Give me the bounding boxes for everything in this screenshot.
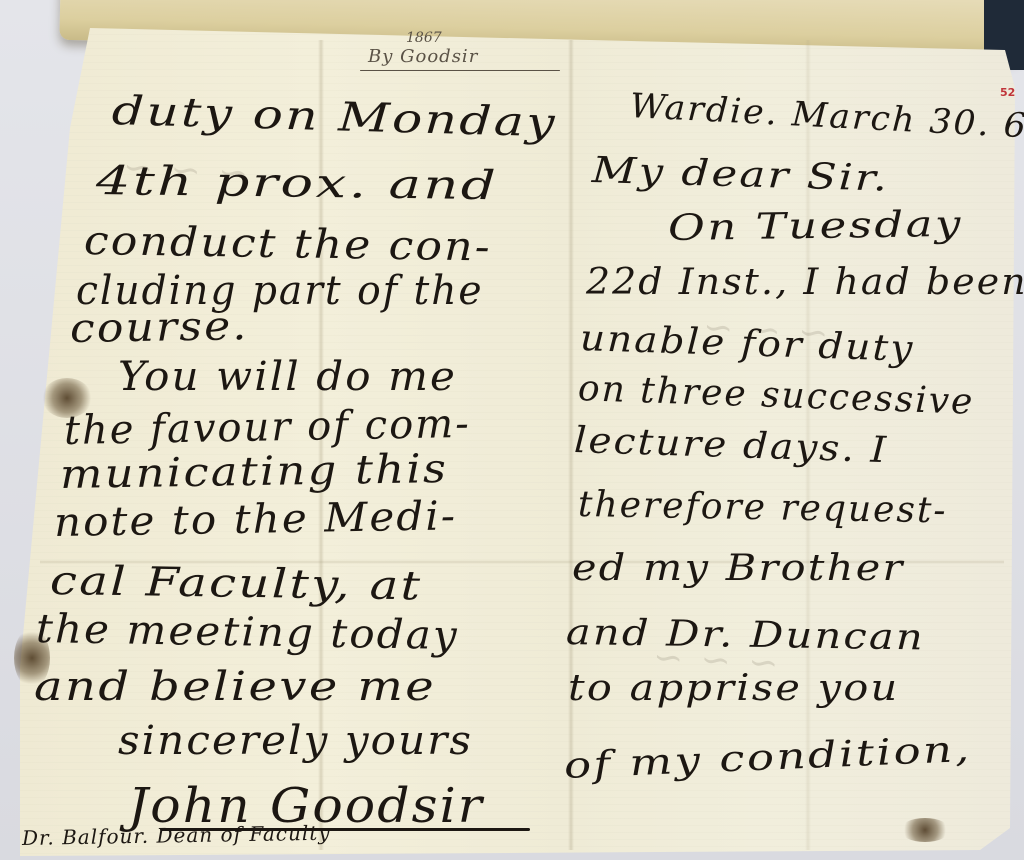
folio-number: 52 [1000,86,1015,99]
letter-line: ed my Brother [572,548,905,589]
letter-line: cal Faculty, at [50,558,423,609]
letter-line: the meeting today [36,606,460,659]
letter-line: note to the Medi- [54,493,458,546]
letter-line: 4th prox. and [95,158,498,209]
archival-attribution: By Goodsir [368,46,478,67]
letter-line: sincerely yours [118,718,473,764]
photo-stage: ~ ~ ~ ~ ~ ~ ~ ~ ~ 52 1867 By Goodsir dut… [0,0,1024,860]
letter-line: On Tuesday [668,204,964,249]
letter-line: You will do me [118,354,457,400]
archival-note-rule [360,70,560,71]
letter-line: and Dr. Duncan [566,612,926,658]
letter-line: therefore request- [578,484,948,531]
letter-line: course. [70,303,249,352]
letter-line: municating this [60,446,449,498]
letter-line: conduct the con- [84,218,493,270]
letter-line: and believe me [34,664,436,710]
archival-year: 1867 [406,30,442,46]
letter-line: 22d Inst., I had been [586,262,1024,303]
letter-line: to apprise you [568,668,900,709]
letter-salutation: My dear Sir. [591,150,890,200]
ink-stain [900,818,950,842]
